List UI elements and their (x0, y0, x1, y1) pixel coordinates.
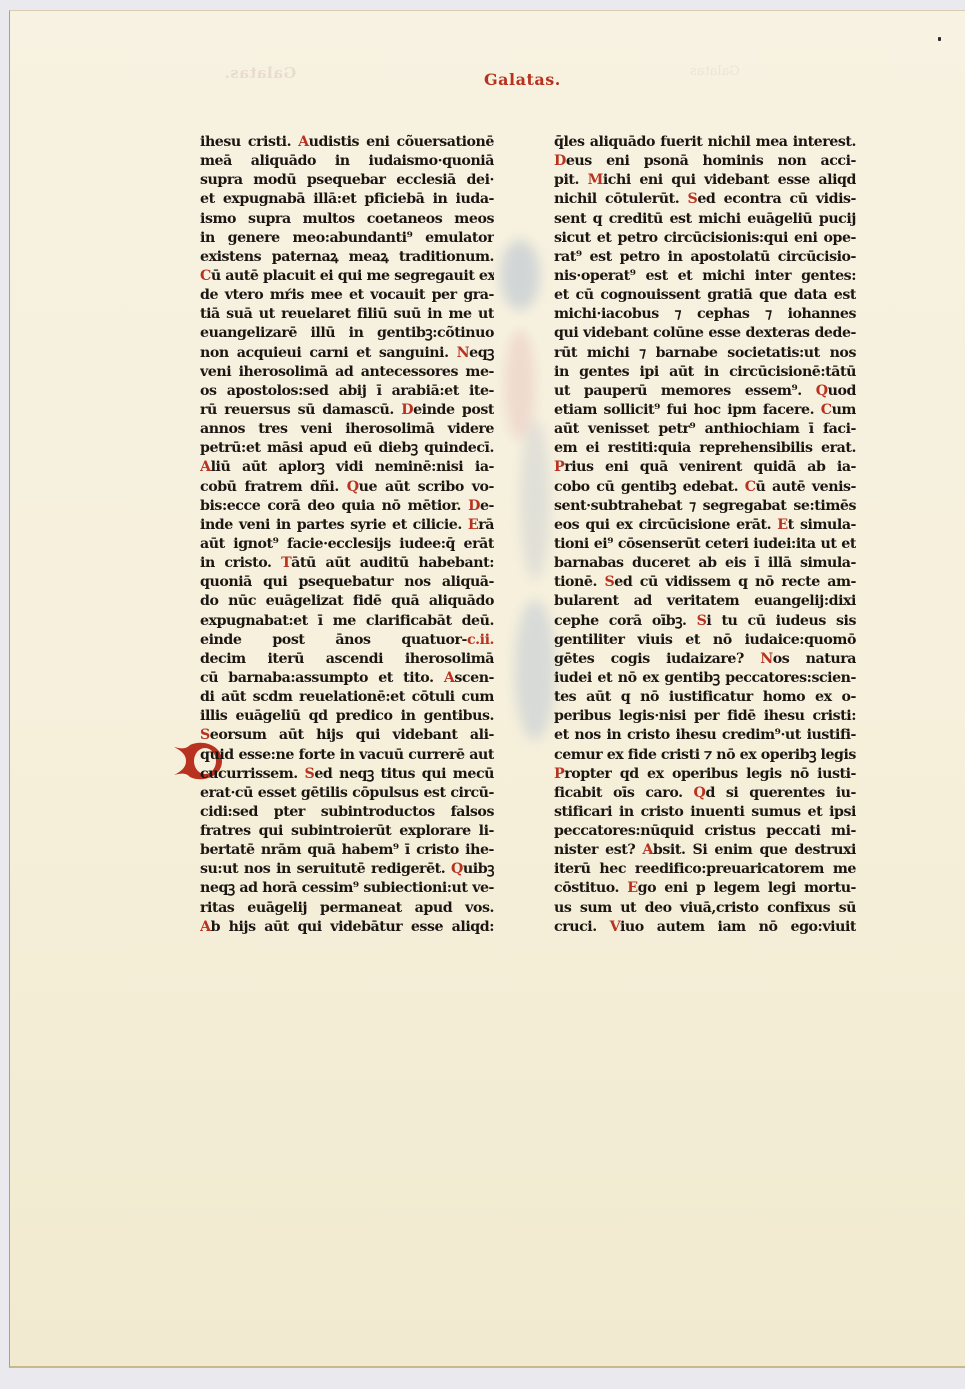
text-line: veni iherosolimā ad antecessores me- (200, 363, 494, 382)
line-text: de vtero mŕis mee et vocauit per gra- (200, 287, 494, 303)
rubricated-capital: T (281, 555, 291, 571)
line-text: su:ut nos in seruitutē redigerēt. (200, 861, 451, 877)
text-line: cemur ex fide cristi ⁊ nō ex operibꝫ leg… (554, 746, 856, 765)
text-line: ismo supra multos coetaneos meos (200, 210, 494, 229)
text-line: eos qui ex circūcisione erāt. Et simula- (554, 516, 856, 535)
text-line: aūt ignot⁹ facie·ecclesijs iudee:q̄ erāt (200, 535, 494, 554)
line-text-continued: ichi eni qui videbant esse aliqd (603, 172, 856, 188)
rubricated-capital: P (554, 459, 564, 475)
text-line: do nūc euāgelizat fidē quā aliquādo (200, 592, 494, 611)
line-text: non acquieui carni et sanguini. (200, 345, 457, 361)
line-text: cobo cū gentibꝫ edebat. (554, 479, 745, 495)
line-text: eos qui ex circūcisione erāt. (554, 517, 777, 533)
line-text: veni iherosolimā ad antecessores me- (200, 364, 494, 380)
line-text: sent q creditū est michi euāgeliū pucij (554, 211, 856, 227)
line-text: euangelizarē illū in gentibꝫ:cõtinuo (200, 325, 494, 341)
text-line: bis:ecce corā deo quia nō mētior. De- (200, 497, 494, 516)
line-text-continued: ātū aūt auditū habebant: (291, 555, 494, 571)
rubricated-capital: S (305, 766, 315, 782)
line-text: cū barnaba:assumpto et tito. (200, 670, 444, 686)
line-text-continued: i tu cū iudeus sis (706, 613, 856, 629)
line-text: bularent ad veritatem euangelij:dixi (554, 593, 856, 609)
line-text: meā aliquādo in iudaismo·quoniā (200, 153, 494, 169)
line-text: em ei restiti:quia reprehensibilis erat. (554, 440, 856, 456)
rubricated-capital: E (777, 517, 787, 533)
line-text: in genere meo:abundanti⁹ emulator (200, 230, 494, 246)
line-text: qui videbant colūne esse dexteras dede- (554, 325, 856, 341)
text-line: su:ut nos in seruitutē redigerēt. Quibꝫ (200, 860, 494, 879)
showthrough-running-head-left: Galatas. (224, 64, 296, 82)
line-text: di aūt scdm reuelationē:et cōtuli cum (200, 689, 494, 705)
line-text-continued: ue aūt scribo vo- (359, 479, 494, 495)
text-line: inde veni in partes syrie et cilicie. Er… (200, 516, 494, 535)
text-line: Prius eni quā venirent quidā ab ia- (554, 458, 856, 477)
text-line: nister est? Absit. Si enim que destruxi (554, 841, 856, 860)
rubricated-capital: Q (451, 861, 463, 877)
text-line: iterū hec reedifico:preuaricatorem me (554, 860, 856, 879)
rubricated-capital: M (588, 172, 603, 188)
line-text-continued: bsit. Si enim que destruxi (653, 842, 856, 858)
rubricated-capital: D (554, 153, 566, 169)
line-text: ut pauperū memores essem⁹. (554, 383, 816, 399)
text-line: erat·cū esset gētilis cōpulsus est circū… (200, 784, 494, 803)
line-text: iudei et nō ex gentibꝫ peccatores:scien- (554, 670, 856, 686)
text-line: rū reuersus sū damascū. Deinde post (200, 401, 494, 420)
text-line: q̄les aliquādo fuerit nichil mea interes… (554, 133, 856, 152)
line-text-continued: ed neqꝫ titus qui mecū (314, 766, 494, 782)
text-line: peccatores:nūquid cristus peccati mi- (554, 822, 856, 841)
text-line: stificari in cristo inuenti sumus et ips… (554, 803, 856, 822)
line-text: barnabas duceret ab eis ī illā simula- (554, 555, 856, 571)
chapter-number: c.ii. (467, 632, 494, 648)
line-text-continued: os natura (773, 651, 856, 667)
text-column-left: ihesu cristi. Audistis eni cõuersationēm… (200, 133, 494, 937)
text-line: quid esse:ne forte in vacuū currerē aut (200, 746, 494, 765)
line-text-continued: b hijs aūt qui videbātur esse aliqd: (211, 919, 494, 935)
rubricated-capital: A (200, 919, 211, 935)
text-line: neqꝫ ad horā cessim⁹ subiectioni:ut ve- (200, 879, 494, 898)
text-line: cobo cū gentibꝫ edebat. Cū autē venis- (554, 478, 856, 497)
text-column-right: q̄les aliquādo fuerit nichil mea interes… (554, 133, 856, 937)
text-line: pit. Michi eni qui videbant esse aliqd (554, 171, 856, 190)
line-text: et expugnabā illā:et pficiebā in iuda- (200, 191, 494, 207)
line-text: cobū fratrem dñi. (200, 479, 347, 495)
line-text-continued: rius eni quā venirent quidā ab ia- (564, 459, 856, 475)
line-text-continued: ropter qd ex operibus legis nō iusti- (564, 766, 856, 782)
line-text-continued: ū autē placuit ei qui me segregauit ex (211, 268, 494, 284)
text-line: annos tres veni iherosolimā videre (200, 420, 494, 439)
line-text-continued: e- (480, 498, 494, 514)
text-line: in genere meo:abundanti⁹ emulator (200, 229, 494, 248)
text-line: non acquieui carni et sanguini. Neqꝫ (200, 344, 494, 363)
rubricated-capital: S (697, 613, 707, 629)
line-text: et cū cognouissent gratiā que data est (554, 287, 856, 303)
line-text: gentiliter viuis et nō iudaice:quomō (554, 632, 856, 648)
line-text: nis·operat⁹ est et michi inter gentes: (554, 268, 856, 284)
text-line: Cū autē placuit ei qui me segregauit ex (200, 267, 494, 286)
line-text-continued: uod (828, 383, 856, 399)
text-line: existens paternaꝝ meaꝝ traditionum. (200, 248, 494, 267)
text-line: Seorsum aūt hijs qui videbant ali- (200, 726, 494, 745)
rubricated-capital: N (457, 345, 470, 361)
text-line: cōstituo. Ego eni p legem legi mortu- (554, 879, 856, 898)
text-line: illis euāgeliū qd predico in gentibus. (200, 707, 494, 726)
line-text: aūt ignot⁹ facie·ecclesijs iudee:q̄ erāt (200, 536, 494, 552)
line-text: erat·cū esset gētilis cōpulsus est circū… (200, 785, 494, 801)
gutter-stain-gray (520, 420, 550, 580)
text-line: etiam sollicit⁹ fui hoc ipm facere. Cum (554, 401, 856, 420)
line-text: us sum ut deo viuā,cristo confixus sū (554, 900, 856, 916)
line-text: michi·iacobus ⁊ cephas ⁊ iohannes (554, 306, 856, 322)
line-text: peribus legis·nisi per fidē ihesu cristi… (554, 708, 856, 724)
line-text: q̄les aliquādo fuerit nichil mea interes… (554, 134, 856, 150)
line-text-continued: einde post (413, 402, 494, 418)
text-line: Propter qd ex operibus legis nō iusti- (554, 765, 856, 784)
text-line: sent q creditū est michi euāgeliū pucij (554, 210, 856, 229)
line-text: decim iterū ascendi iherosolimā (200, 651, 494, 667)
line-text: inde veni in partes syrie et cilicie. (200, 517, 468, 533)
line-text: bis:ecce corā deo quia nō mētior. (200, 498, 468, 514)
line-text: in gentes ipi aūt in circūcisionē:tātū (554, 364, 856, 380)
line-text: cōstituo. (554, 880, 627, 896)
line-text: do nūc euāgelizat fidē quā aliquādo (200, 593, 494, 609)
running-head: Galatas. (484, 70, 561, 89)
text-line: nis·operat⁹ est et michi inter gentes: (554, 267, 856, 286)
text-line: michi·iacobus ⁊ cephas ⁊ iohannes (554, 305, 856, 324)
text-line: tiā suā ut reuelaret filiū suū in me ut (200, 305, 494, 324)
text-line: expugnabat:et ī me clarificabāt deū. (200, 612, 494, 631)
line-text: fratres qui subintroierūt explorare li- (200, 823, 494, 839)
text-line: ficabit oīs caro. Qd si querentes iu- (554, 784, 856, 803)
line-text: peccatores:nūquid cristus peccati mi- (554, 823, 856, 839)
line-text: existens paternaꝝ meaꝝ traditionum. (200, 249, 494, 265)
text-line: fratres qui subintroierūt explorare li- (200, 822, 494, 841)
rubricated-capital: S (200, 727, 210, 743)
text-line: in gentes ipi aūt in circūcisionē:tātū (554, 363, 856, 382)
text-line: et nos in cristo ihesu credim⁹·ut iustif… (554, 726, 856, 745)
text-line: tioni ei⁹ cōsenserūt ceteri iudei:ita ut… (554, 535, 856, 554)
line-text-continued: d si querentes iu- (705, 785, 856, 801)
rubricated-capital: C (821, 402, 832, 418)
line-text: annos tres veni iherosolimā videre (200, 421, 494, 437)
line-text: sicut et petro circūcisionis:qui eni ope… (554, 230, 856, 246)
text-line: ihesu cristi. Audistis eni cõuersationē (200, 133, 494, 152)
text-line: supra modū psequebar ecclesiā dei· (200, 171, 494, 190)
line-text: rū reuersus sū damascū. (200, 402, 401, 418)
line-text-continued: ū autē venis- (756, 479, 856, 495)
text-line: rūt michi ⁊ barnabe societatis:ut nos (554, 344, 856, 363)
line-text: supra modū psequebar ecclesiā dei· (200, 172, 494, 188)
line-text: ficabit oīs caro. (554, 785, 694, 801)
text-line: sent·subtrahebat ⁊ segregabat se:timēs (554, 497, 856, 516)
line-text: expugnabat:et ī me clarificabāt deū. (200, 613, 494, 629)
line-text: aūt venisset petr⁹ anthiochiam ī faci- (554, 421, 856, 437)
line-text-continued: rā (478, 517, 494, 533)
rubricated-capital: E (468, 517, 478, 533)
text-line: quoniā qui psequebatur nos aliquā- (200, 573, 494, 592)
line-text: rūt michi ⁊ barnabe societatis:ut nos (554, 345, 856, 361)
line-text: quid esse:ne forte in vacuū currerē aut (200, 747, 494, 763)
text-line: nichil cōtulerūt. Sed econtra cū vidis- (554, 190, 856, 209)
line-text-continued: eus eni psonā hominis non acci- (566, 153, 856, 169)
line-text-continued: scen- (454, 670, 494, 686)
rubricated-capital: N (760, 651, 773, 667)
line-text: in cristo. (200, 555, 281, 571)
line-text: stificari in cristo inuenti sumus et ips… (554, 804, 856, 820)
rubricated-capital: A (642, 842, 653, 858)
text-line: ut pauperū memores essem⁹. Quod (554, 382, 856, 401)
text-line: gētes cogis iudaizare? Nos natura (554, 650, 856, 669)
line-text: et nos in cristo ihesu credim⁹·ut iustif… (554, 727, 856, 743)
line-text-continued: udistis eni cõuersationē (309, 134, 494, 150)
rubricated-capital: D (401, 402, 413, 418)
gutter-stain-blue (500, 240, 540, 310)
text-line: us sum ut deo viuā,cristo confixus sū (554, 899, 856, 918)
line-text: bertatē nrām quā habem⁹ ī cristo ihe- (200, 842, 494, 858)
line-text: tiā suā ut reuelaret filiū suū in me ut (200, 306, 494, 322)
line-text: os apostolos:sed abij ī arabiā:et ite- (200, 383, 494, 399)
line-text: ismo supra multos coetaneos meos (200, 211, 494, 227)
text-line: gentiliter viuis et nō iudaice:quomō (554, 631, 856, 650)
text-line: decim iterū ascendi iherosolimā (200, 650, 494, 669)
rubricated-capital: A (298, 134, 309, 150)
line-text-continued: iuo autem iam nō ego:viuit (620, 919, 856, 935)
text-line: et expugnabā illā:et pficiebā in iuda- (200, 190, 494, 209)
text-line: Ab hijs aūt qui videbātur esse aliqd: (200, 918, 494, 937)
line-text: rat⁹ est petro in apostolatū circūcisio- (554, 249, 856, 265)
text-line: sicut et petro circūcisionis:qui eni ope… (554, 229, 856, 248)
rubricated-capital: Q (694, 785, 706, 801)
text-line: ritas euāgelij permaneat apud vos. (200, 899, 494, 918)
text-line: de vtero mŕis mee et vocauit per gra- (200, 286, 494, 305)
line-text: cucurrissem. (200, 766, 305, 782)
text-line: cū barnaba:assumpto et tito. Ascen- (200, 669, 494, 688)
text-line: em ei restiti:quia reprehensibilis erat. (554, 439, 856, 458)
rubricated-capital: D (468, 498, 480, 514)
rubricated-capital: E (627, 880, 637, 896)
rubricated-capital: C (745, 479, 756, 495)
rubricated-capital: V (610, 919, 620, 935)
text-line: bertatē nrām quā habem⁹ ī cristo ihe- (200, 841, 494, 860)
line-text: neqꝫ ad horā cessim⁹ subiectioni:ut ve- (200, 880, 494, 896)
line-text: nichil cōtulerūt. (554, 191, 688, 207)
text-line: meā aliquādo in iudaismo·quoniā (200, 152, 494, 171)
text-line: rat⁹ est petro in apostolatū circūcisio- (554, 248, 856, 267)
text-line: bularent ad veritatem euangelij:dixi (554, 592, 856, 611)
line-text: iterū hec reedifico:preuaricatorem me (554, 861, 856, 877)
line-text: cruci. (554, 919, 610, 935)
line-text: nister est? (554, 842, 642, 858)
text-line: Deus eni psonā hominis non acci- (554, 152, 856, 171)
text-line: petrū:et māsi apud eū diebꝫ quindecī. (200, 439, 494, 458)
text-line: barnabas duceret ab eis ī illā simula- (554, 554, 856, 573)
text-line: cidi:sed pter subintroductos falsos (200, 803, 494, 822)
rubricated-capital: Q (816, 383, 828, 399)
line-text: cidi:sed pter subintroductos falsos (200, 804, 494, 820)
text-line: cruci. Viuo autem iam nō ego:viuit (554, 918, 856, 937)
line-text-continued: um (832, 402, 856, 418)
line-text: tes aūt q nō iustificatur homo ex o- (554, 689, 856, 705)
text-line: cobū fratrem dñi. Que aūt scribo vo- (200, 478, 494, 497)
line-text-continued: go eni p legem legi mortu- (638, 880, 856, 896)
rubricated-capital: S (604, 574, 614, 590)
line-text: cephe corā oībꝫ. (554, 613, 697, 629)
text-line: qui videbant colūne esse dexteras dede- (554, 324, 856, 343)
line-text: illis euāgeliū qd predico in gentibus. (200, 708, 494, 724)
rubricated-capital: A (200, 459, 211, 475)
showthrough-running-head-right: Galatas (690, 64, 740, 79)
rubricated-capital: P (554, 766, 564, 782)
text-line: cephe corā oībꝫ. Si tu cū iudeus sis (554, 612, 856, 631)
line-text: quoniā qui psequebatur nos aliquā- (200, 574, 494, 590)
line-text-continued: uibꝫ (463, 861, 494, 877)
line-text: ritas euāgelij permaneat apud vos. (200, 900, 494, 916)
text-line: peribus legis·nisi per fidē ihesu cristi… (554, 707, 856, 726)
text-line: einde post ānos quatuor-c.ii. (200, 631, 494, 650)
line-text: cemur ex fide cristi ⁊ nō ex operibꝫ leg… (554, 747, 856, 763)
line-text: tioni ei⁹ cōsenserūt ceteri iudei:ita ut… (554, 536, 856, 552)
line-text: tionē. (554, 574, 604, 590)
line-text-continued: liū aūt aplorꝫ vidi neminē:nisi ia- (211, 459, 494, 475)
rubricated-capital: C (200, 268, 211, 284)
line-text-continued: eorsum aūt hijs qui videbant ali- (210, 727, 494, 743)
line-text-continued: ed econtra cū vidis- (697, 191, 856, 207)
line-text: pit. (554, 172, 588, 188)
text-line: tionē. Sed cū vidissem q nō recte am- (554, 573, 856, 592)
line-text: etiam sollicit⁹ fui hoc ipm facere. (554, 402, 821, 418)
text-line: aūt venisset petr⁹ anthiochiam ī faci- (554, 420, 856, 439)
line-text: ihesu cristi. (200, 134, 298, 150)
text-line: di aūt scdm reuelationē:et cōtuli cum (200, 688, 494, 707)
gutter-stain-blue-lower (515, 600, 555, 740)
text-line: et cū cognouissent gratiā que data est (554, 286, 856, 305)
rubricated-capital: S (688, 191, 698, 207)
line-text-continued: eqꝫ (469, 345, 494, 361)
line-text-continued: t simula- (788, 517, 856, 533)
text-line: in cristo. Tātū aūt auditū habebant: (200, 554, 494, 573)
text-line: euangelizarē illū in gentibꝫ:cõtinuo (200, 324, 494, 343)
line-text: einde post ānos quatuor- (200, 632, 467, 648)
text-line: tes aūt q nō iustificatur homo ex o- (554, 688, 856, 707)
text-line: iudei et nō ex gentibꝫ peccatores:scien- (554, 669, 856, 688)
text-line: Aliū aūt aplorꝫ vidi neminē:nisi ia- (200, 458, 494, 477)
text-line: os apostolos:sed abij ī arabiā:et ite- (200, 382, 494, 401)
line-text-continued: ed cū vidissem q nō recte am- (614, 574, 856, 590)
ink-speck (938, 37, 941, 41)
line-text: sent·subtrahebat ⁊ segregabat se:timēs (554, 498, 856, 514)
text-line: cucurrissem. Sed neqꝫ titus qui mecū (200, 765, 494, 784)
line-text: petrū:et māsi apud eū diebꝫ quindecī. (200, 440, 494, 456)
rubricated-capital: A (444, 670, 455, 686)
line-text: gētes cogis iudaizare? (554, 651, 760, 667)
rubricated-capital: Q (347, 479, 359, 495)
